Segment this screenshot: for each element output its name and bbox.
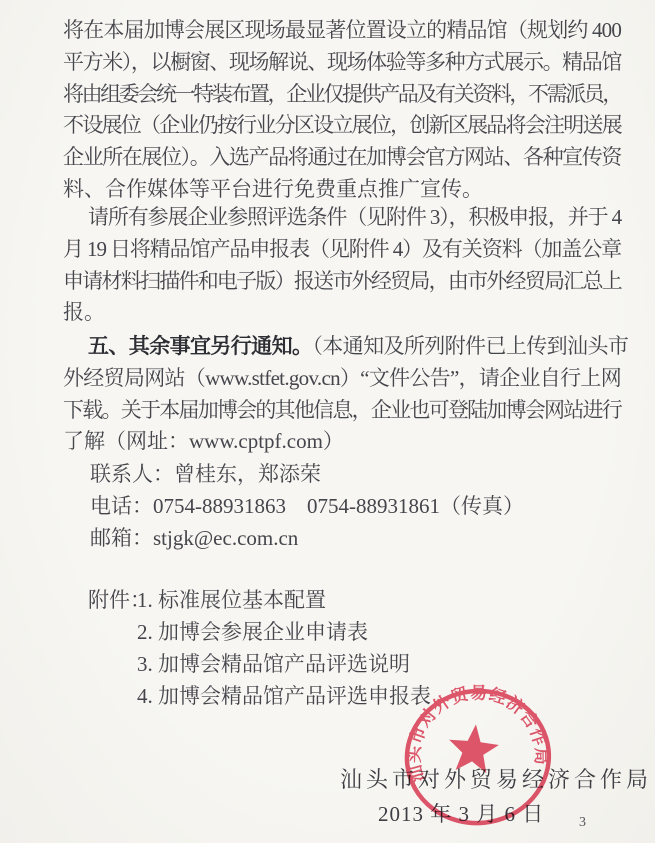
- contact-line: 邮箱：stjgk@ec.com.cn: [90, 523, 524, 555]
- section-heading-bold: 五、其余事宜另行通知。: [88, 334, 312, 358]
- text-line: 了解（网址：www.cptpf.com）: [63, 426, 621, 458]
- text-line: 请所有参展企业参照评选条件（见附件 3），积极申报，并于 4: [63, 202, 621, 234]
- page-number: 3: [579, 815, 586, 831]
- section-heading-continuation: （本通知及所列附件已上传到汕头市: [312, 334, 628, 358]
- document-page: 将在本届加博会展区现场最显著位置设立的精品馆（规划约 400平方米），以橱窗、现…: [0, 0, 655, 843]
- body-paragraph-3: 五、其余事宜另行通知。（本通知及所列附件已上传到汕头市 外经贸局网站（www.s…: [63, 331, 621, 458]
- body-paragraph-3-rest: 外经贸局网站（www.stfet.gov.cn）“文件公告”，请企业自行上网下载…: [63, 363, 621, 458]
- text-line: 将由组委会统一特装布置，企业仅提供产品及有关资料，不需派员，: [63, 79, 621, 111]
- body-paragraph-1: 将在本届加博会展区现场最显著位置设立的精品馆（规划约 400平方米），以橱窗、现…: [63, 15, 621, 206]
- attachment-list: 1. 标准展位基本配置2. 加博会参展企业申请表3. 加博会精品馆产品评选说明4…: [137, 584, 431, 712]
- attachment-item: 3. 加博会精品馆产品评选说明: [137, 648, 431, 680]
- contact-line: 联系人：曾桂东，郑添荣: [90, 459, 524, 491]
- text-line: 申请材料扫描件和电子版）报送市外经贸局，由市外经贸局汇总上: [63, 266, 621, 298]
- text-line: 外经贸局网站（www.stfet.gov.cn）“文件公告”，请企业自行上网: [63, 363, 621, 395]
- attachment-item: 2. 加博会参展企业申请表: [137, 616, 431, 648]
- text-line: 平方米），以橱窗、现场解说、现场体验等多种方式展示。精品馆: [63, 47, 621, 79]
- attachment-item: 1. 标准展位基本配置: [137, 584, 431, 616]
- body-paragraph-2: 请所有参展企业参照评选条件（见附件 3），积极申报，并于 4月 19 日将精品馆…: [63, 202, 621, 329]
- contact-block: 联系人：曾桂东，郑添荣电话：0754-88931863 0754-8893186…: [90, 459, 524, 554]
- text-line: 企业所在展位）。入选产品将通过在加博会官方网站、各种宣传资: [63, 142, 621, 174]
- section-heading-line: 五、其余事宜另行通知。（本通知及所列附件已上传到汕头市: [63, 331, 621, 363]
- text-line: 报。: [63, 297, 621, 329]
- text-line: 月 19 日将精品馆产品申报表（见附件 4）及有关资料（加盖公章: [63, 234, 621, 266]
- official-seal-stamp: 汕头市对外贸易经济合作局: [391, 676, 566, 840]
- text-line: 将在本届加博会展区现场最显著位置设立的精品馆（规划约 400: [63, 15, 621, 47]
- text-line: 下载。关于本届加博会的其他信息，企业也可登陆加博会网站进行: [63, 395, 621, 427]
- attachment-item: 4. 加博会精品馆产品评选申报表: [137, 680, 431, 712]
- star-icon: [446, 722, 501, 774]
- text-line: 不设展位（企业仍按行业分区设立展位，创新区展品将会注明送展: [63, 110, 621, 142]
- contact-line: 电话：0754-88931863 0754-88931861（传真）: [90, 491, 524, 523]
- text-line: 料、合作媒体等平台进行免费重点推广宣传。: [63, 174, 621, 206]
